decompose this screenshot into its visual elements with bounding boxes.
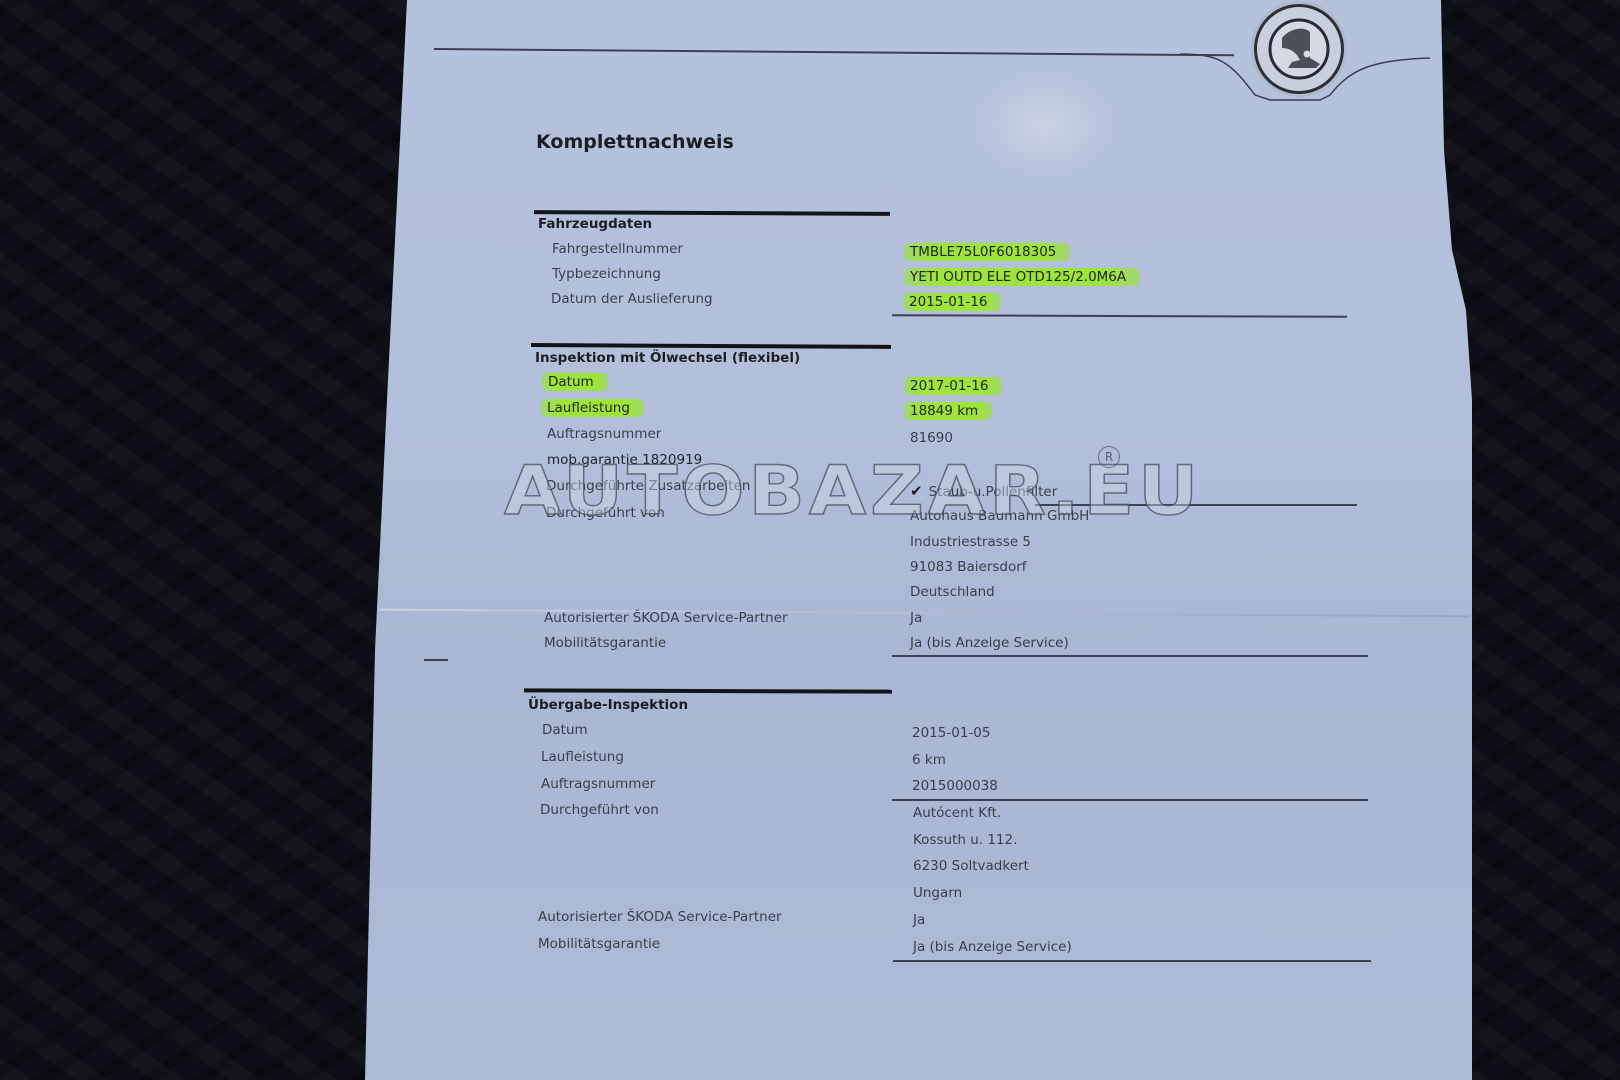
label-inspektion-auftragsnummer: Auftragsnummer xyxy=(547,426,661,442)
skoda-logo-icon xyxy=(1254,4,1344,94)
value-rule-uebergabe xyxy=(893,960,1371,962)
value-uebergabe-partner: Ja xyxy=(913,912,925,928)
value-uebergabe-durchgefuehrt-1: Kossuth u. 112. xyxy=(913,832,1017,848)
value-fahrgestellnummer: TMBLE75L0F6018305 xyxy=(904,243,1070,261)
section-rule-uebergabe xyxy=(524,688,892,693)
watermark-text: AUTOBAZAR.EU xyxy=(504,451,1202,530)
section-title-uebergabe: Übergabe-Inspektion xyxy=(528,697,688,713)
value-uebergabe-laufleistung: 6 km xyxy=(912,752,946,768)
margin-tick-mark xyxy=(424,659,448,661)
label-inspektion-laufleistung: Laufleistung xyxy=(541,399,644,417)
registered-mark-icon: R xyxy=(1098,446,1120,468)
value-typbezeichnung: YETI OUTD ELE OTD125/2.0M6A xyxy=(904,268,1140,286)
value-uebergabe-durchgefuehrt-2: 6230 Soltvadkert xyxy=(913,858,1029,874)
value-rule-inspektion xyxy=(892,655,1368,657)
label-uebergabe-partner: Autorisierter ŠKODA Service-Partner xyxy=(538,909,782,925)
label-typbezeichnung: Typbezeichnung xyxy=(552,266,661,282)
value-inspektion-durchgefuehrt-3: Deutschland xyxy=(910,584,995,600)
header-rule-left xyxy=(434,48,1234,56)
value-inspektion-datum: 2017-01-16 xyxy=(904,377,1002,395)
value-rule-fahrzeugdaten xyxy=(892,314,1347,317)
value-uebergabe-datum: 2015-01-05 xyxy=(912,725,990,741)
label-uebergabe-mobil: Mobilitätsgarantie xyxy=(538,936,660,952)
value-inspektion-partner: Ja xyxy=(910,610,922,626)
value-uebergabe-durchgefuehrt-3: Ungarn xyxy=(913,885,962,901)
value-inspektion-mobil: Ja (bis Anzeige Service) xyxy=(910,635,1069,651)
paper-smudge xyxy=(970,70,1120,180)
value-inspektion-durchgefuehrt-1: Industriestrasse 5 xyxy=(910,534,1031,550)
label-uebergabe-auftragsnummer: Auftragsnummer xyxy=(541,776,655,792)
value-uebergabe-mobil: Ja (bis Anzeige Service) xyxy=(913,939,1072,955)
label-inspektion-datum: Datum xyxy=(542,373,608,391)
label-uebergabe-durchgefuehrt: Durchgeführt von xyxy=(540,802,659,818)
label-uebergabe-laufleistung: Laufleistung xyxy=(541,749,624,765)
label-inspektion-mobil: Mobilitätsgarantie xyxy=(544,635,666,651)
value-uebergabe-auftragsnummer: 2015000038 xyxy=(912,778,998,794)
value-inspektion-auftragsnummer: 81690 xyxy=(910,430,953,446)
value-datum-auslieferung: 2015-01-16 xyxy=(903,293,1001,311)
value-rule-uebergabe-auftrag xyxy=(892,799,1368,801)
label-fahrgestellnummer: Fahrgestellnummer xyxy=(552,241,683,257)
section-rule-inspektion xyxy=(531,343,891,349)
label-inspektion-partner: Autorisierter ŠKODA Service-Partner xyxy=(544,610,788,626)
section-title-fahrzeugdaten: Fahrzeugdaten xyxy=(538,216,652,232)
label-datum-auslieferung: Datum der Auslieferung xyxy=(551,291,713,307)
value-inspektion-durchgefuehrt-2: 91083 Baiersdorf xyxy=(910,559,1027,575)
label-uebergabe-datum: Datum xyxy=(542,722,588,738)
value-uebergabe-durchgefuehrt-0: Autócent Kft. xyxy=(913,805,1001,821)
value-inspektion-laufleistung: 18849 km xyxy=(904,402,992,420)
document-title: Komplettnachweis xyxy=(536,131,734,153)
section-title-inspektion: Inspektion mit Ölwechsel (flexibel) xyxy=(535,350,800,366)
